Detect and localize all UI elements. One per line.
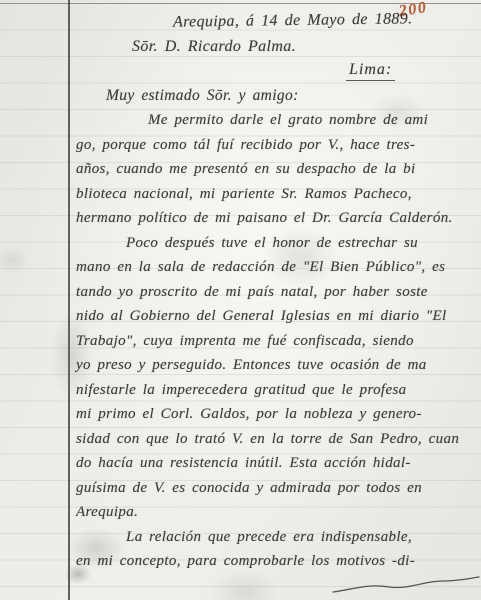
letter-line: nifestarle la imperecedera gratitud que … (76, 378, 476, 403)
manuscript-page: 200 Arequipa, á 14 de Mayo de 1889. Sōr.… (0, 0, 481, 600)
letter-line: blioteca nacional, mi pariente Sr. Ramos… (76, 182, 476, 207)
letter-line: sidad con que lo trató V. en la torre de… (76, 427, 476, 452)
salutation-line: Muy estimado Sōr. y amigo: (106, 87, 299, 105)
letter-line: Me permito darle el grato nombre de ami (76, 108, 476, 133)
letter-line: yo preso y perseguido. Entonces tuve oca… (76, 353, 476, 378)
letter-line: años, cuando me presentó en su despacho … (76, 157, 476, 182)
letter-line: hermano político de mi paisano el Dr. Ga… (76, 206, 476, 231)
letter-body: Me permito darle el grato nombre de ami … (76, 108, 476, 574)
letter-line: Trabajo", cuya imprenta me fué confiscad… (76, 329, 476, 354)
letter-line: go, porque como tál fuí recibido por V.,… (76, 133, 476, 158)
destination-line: Lima: (346, 61, 395, 81)
letter-line: tando yo proscrito de mi país natal, por… (76, 280, 476, 305)
letter-line: Poco después tuve el honor de estrechar … (76, 231, 476, 256)
letter-line: La relación que precede era indispensabl… (76, 525, 476, 550)
margin-rule (68, 0, 70, 600)
letter-line: do hacía una resistencia inútil. Esta ac… (76, 451, 476, 476)
letter-line: nido al Gobierno del General Iglesias en… (76, 304, 476, 329)
letter-line: Arequipa. (76, 500, 476, 525)
date-line: Arequipa, á 14 de Mayo de 1889. (173, 10, 413, 31)
addressee-line: Sōr. D. Ricardo Palma. (132, 38, 296, 56)
letter-line: mano en la sala de redacción de "El Bien… (76, 255, 476, 280)
letter-line: guísima de V. es conocida y admirada por… (76, 476, 476, 501)
letter-line: mi primo el Corl. Galdos, por la nobleza… (76, 402, 476, 427)
flourish-line (330, 570, 481, 596)
